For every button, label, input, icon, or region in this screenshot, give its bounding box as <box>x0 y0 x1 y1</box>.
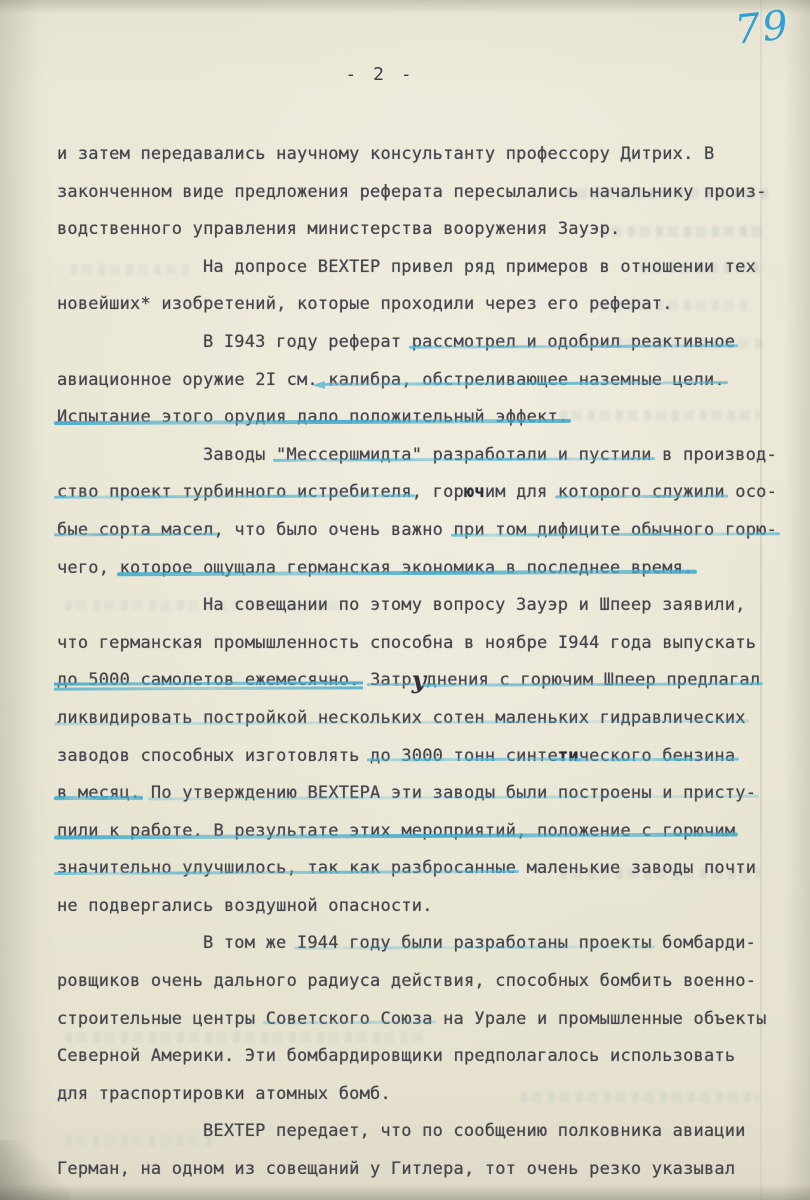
handwritten-folio-number: 79 <box>733 5 792 51</box>
pencil-underlined-text: которого служили <box>558 482 725 502</box>
pencil-underlined-text: днения с горючим Шпеер предлагал <box>426 670 760 690</box>
pencil-underlined-text: "Мессершмидта" разработали и пустили <box>276 445 652 465</box>
pencil-underlined-text: ликвидировать постройкой нескольких соте… <box>57 708 746 728</box>
text-segment: законченном виде предложения реферата пе… <box>57 182 767 202</box>
pencil-underlined-text: Советского Союза <box>266 1009 433 1029</box>
text-segment: На совещании по этому вопросу Зауэр и Шп… <box>203 595 746 615</box>
text-segment: чего, <box>57 558 120 578</box>
text-segment: Заводы <box>203 445 276 465</box>
pencil-underlined-text: Испытание этого орудия дало положительны… <box>57 407 568 427</box>
page-edge-top <box>0 0 810 14</box>
pencil-underlined-text: до 5000 самолетов ежемесячно. <box>57 670 360 690</box>
text-segment: на Урале и промышленные объекты <box>433 1009 767 1029</box>
pencil-underlined-text: Затр <box>370 670 412 690</box>
pencil-underlined-text: рассмотрел и одобрил реактивное <box>412 332 735 352</box>
text-line: значительно улучшилось, так как разброса… <box>57 850 763 888</box>
text-segment: На допросе ВЕХТЕР привел ряд примеров в … <box>203 257 756 277</box>
text-segment: ровщиков очень дального радиуса действия… <box>57 971 756 991</box>
text-line: чего, которое ощущала германская экономи… <box>57 550 763 588</box>
text-line: Заводы "Мессершмидта" разработали и пуст… <box>57 437 763 475</box>
pencil-underlined-text: ческого бензина <box>579 746 736 766</box>
text-segment: заводов способных изготовлять <box>57 746 370 766</box>
pencil-underlined-text: пили к работе. В результате этих меропри… <box>57 821 735 841</box>
pencil-underlined-text: По утверждению ВЕХТЕРА эти заводы были п… <box>151 783 756 803</box>
text-line: Герман, на одном из совещаний у Гитлера,… <box>57 1151 763 1189</box>
pencil-underlined-text: бые сорта масел <box>57 520 214 540</box>
text-segment: юч <box>464 482 485 502</box>
pencil-underlined-text: которое ощущала германская экономика в п… <box>120 558 694 578</box>
pencil-underlined-text: ти <box>558 746 579 766</box>
text-line: водственного управления министерства воо… <box>57 211 763 249</box>
text-line: ровщиков очень дального радиуса действия… <box>57 963 763 1001</box>
text-line: ВЕХТЕР передает, что по сообщению полков… <box>57 1113 763 1151</box>
pencil-underlined-text: значительно улучшилось, так как разброса… <box>57 858 516 878</box>
page-edge-left <box>0 0 54 1200</box>
text-line: строительные центры Советского Союза на … <box>57 1001 763 1039</box>
text-segment: , гор <box>412 482 464 502</box>
text-line: На допросе ВЕХТЕР привел ряд примеров в … <box>57 249 763 287</box>
text-line: ство проект турбинного истребителя, горю… <box>57 474 763 512</box>
text-line: до 5000 самолетов ежемесячно. Затруднени… <box>57 662 763 700</box>
text-line: для траспортировки атомных бомб. <box>57 1076 763 1114</box>
pencil-underlined-text: I944 году были разработаны проекты <box>297 933 652 953</box>
text-segment: маленькие заводы почти <box>516 858 756 878</box>
text-segment: им для <box>485 482 558 502</box>
text-segment: что германская промышленность способна в… <box>57 633 756 653</box>
text-line: заводов способных изготовлять до 3000 то… <box>57 738 763 776</box>
document-page: 79 - 2 - и затем передавались научному к… <box>0 0 810 1200</box>
text-line: Северной Америки. Эти бомбардировщики пр… <box>57 1038 763 1076</box>
pencil-underlined-text: калибра, обстреливающее наземные цели. <box>328 370 725 390</box>
text-segment: В том же <box>203 933 297 953</box>
page-edge-right <box>784 0 810 1200</box>
pencil-underlined-text: в месяц. <box>57 783 140 803</box>
text-line: в месяц. По утверждению ВЕХТЕРА эти заво… <box>57 775 763 813</box>
text-segment: бомбарди- <box>652 933 756 953</box>
text-line: новейших* изобретений, которые проходили… <box>57 286 763 324</box>
text-segment <box>360 670 370 690</box>
text-segment: Герман, на одном из совещаний у Гитлера,… <box>57 1159 735 1179</box>
text-segment: строительные центры <box>57 1009 266 1029</box>
text-segment: осо- <box>725 482 777 502</box>
text-line: не подвергались воздушной опасности. <box>57 888 763 926</box>
text-segment: и затем передавались научному консультан… <box>57 144 714 164</box>
pencil-underlined-text: до 3000 тонн синте <box>370 746 558 766</box>
text-segment: авиационное оружие 2I см. <box>57 370 328 390</box>
text-segment: в производ- <box>652 445 777 465</box>
text-segment: Северной Америки. Эти бомбардировщики пр… <box>57 1046 735 1066</box>
text-segment: новейших* изобретений, которые проходили… <box>57 294 673 314</box>
text-line: Испытание этого орудия дало положительны… <box>57 399 763 437</box>
text-segment: ВЕХТЕР передает, что по сообщению полков… <box>203 1121 746 1141</box>
text-line: пили к работе. В результате этих меропри… <box>57 813 763 851</box>
text-segment: для траспортировки атомных бомб. <box>57 1084 391 1104</box>
text-segment: , что было очень важно <box>214 520 454 540</box>
text-line: авиационное оружие 2I см. калибра, обстр… <box>57 362 763 400</box>
text-line: В том же I944 году были разработаны прое… <box>57 925 763 963</box>
text-segment: не подвергались воздушной опасности. <box>57 896 433 916</box>
typed-page-number: - 2 - <box>0 64 760 85</box>
text-segment: водственного управления министерства воо… <box>57 219 620 239</box>
text-line: бые сорта масел, что было очень важно пр… <box>57 512 763 550</box>
pencil-underlined-text: ство проект турбинного истребителя <box>57 482 412 502</box>
text-line: что германская промышленность способна в… <box>57 625 763 663</box>
text-segment: В I943 году реферат <box>203 332 412 352</box>
typewritten-text-block: и затем передавались научному консультан… <box>57 136 763 1189</box>
pencil-underlined-text: при том дифиците обычного горю- <box>454 520 777 540</box>
text-line: законченном виде предложения реферата пе… <box>57 174 763 212</box>
text-line: В I943 году реферат рассмотрел и одобрил… <box>57 324 763 362</box>
text-line: и затем передавались научному консультан… <box>57 136 763 174</box>
text-line: На совещании по этому вопросу Зауэр и Шп… <box>57 587 763 625</box>
text-line: ликвидировать постройкой нескольких соте… <box>57 700 763 738</box>
